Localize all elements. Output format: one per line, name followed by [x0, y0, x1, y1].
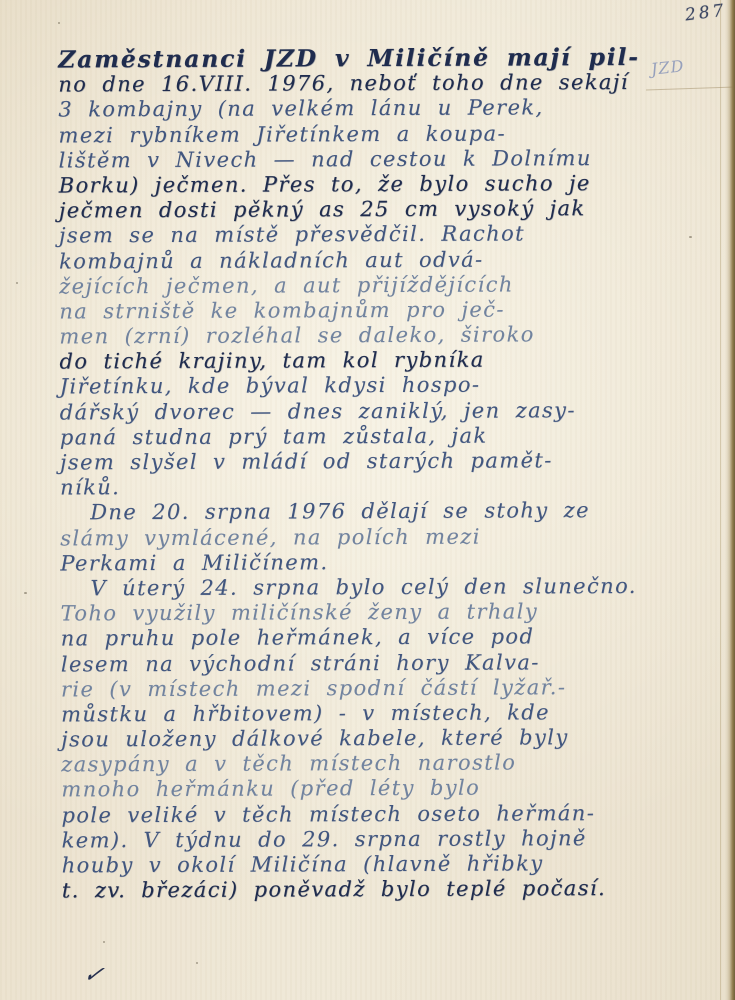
handwritten-line: Perkami a Miličínem. — [60, 548, 720, 576]
handwritten-line: jsem se na místě přesvědčil. Rachot — [59, 221, 719, 249]
handwritten-line: ječmen dosti pěkný as 25 cm vysoký jak — [59, 196, 719, 224]
page-edge-crease — [720, 0, 721, 1000]
handwritten-line: Toho využily miličínské ženy a trhaly — [61, 599, 721, 627]
handwritten-line: mezi rybníkem Jiřetínkem a koupa- — [58, 120, 718, 148]
handwritten-line: rie (v místech mezi spodní částí lyžař.- — [61, 674, 721, 702]
paper-speck — [58, 22, 60, 24]
handwritten-line: slámy vymlácené, na polích mezi — [60, 523, 720, 551]
handwritten-line: Dne 20. srpna 1976 dělají se stohy ze — [60, 498, 720, 526]
paper-speck — [16, 282, 18, 284]
paper-speck — [689, 236, 692, 238]
page-edge-shadow — [726, 0, 735, 1000]
paper-speck — [103, 941, 105, 943]
handwritten-line: no dne 16.VIII. 1976, neboť toho dne sek… — [58, 70, 718, 98]
handwritten-line: zasypány a v těch místech narostlo — [61, 750, 721, 778]
check-mark: ✓ — [81, 962, 107, 989]
handwritten-line: jsou uloženy dálkové kabele, které byly — [61, 725, 721, 753]
handwritten-line: mnoho heřmánku (před léty bylo — [61, 775, 721, 803]
handwritten-line: lištěm v Nivech — nad cestou k Dolnímu — [59, 145, 719, 173]
handwritten-line: do tiché krajiny, tam kol rybníka — [59, 347, 719, 375]
handwritten-line: Borku) ječmen. Přes to, že bylo sucho je — [59, 171, 719, 199]
handwritten-line: 3 kombajny (na velkém lánu u Perek, — [58, 95, 718, 123]
handwritten-line: můstku a hřbitovem) - v místech, kde — [61, 699, 721, 727]
paper-speck — [24, 592, 27, 594]
handwritten-line: t. zv. březáci) poněvadž bylo teplé poča… — [62, 876, 722, 904]
handwritten-line: na strniště ke kombajnům pro ječ- — [59, 296, 719, 324]
handwritten-line: V úterý 24. srpna bylo celý den slunečno… — [60, 573, 720, 601]
handwritten-line: kem). V týdnu do 29. srpna rostly hojně — [62, 825, 722, 853]
chronicle-page-scan: 287 JZD Zaměstnanci JZD v Miličíně mají … — [0, 0, 735, 1000]
handwritten-line: jsem slyšel v mládí od starých pamět- — [60, 448, 720, 476]
handwritten-line: kombajnů a nákladních aut odvá- — [59, 246, 719, 274]
handwritten-line: na pruhu pole heřmánek, a více pod — [61, 624, 721, 652]
handwritten-line: houby v okolí Miličína (hlavně hřibky — [62, 851, 722, 879]
handwritten-line: paná studna prý tam zůstala, jak — [60, 422, 720, 450]
handwritten-line: Jiřetínku, kde býval kdysi hospo- — [60, 372, 720, 400]
handwritten-line: Zaměstnanci JZD v Miličíně mají pil- — [58, 45, 718, 73]
handwritten-line: men (zrní) rozléhal se daleko, široko — [59, 322, 719, 350]
handwritten-text-body: Zaměstnanci JZD v Miličíně mají pil-no d… — [58, 45, 722, 904]
handwritten-line: níků. — [60, 473, 720, 501]
handwritten-line: pole veliké v těch místech oseto heřmán- — [61, 800, 721, 828]
handwritten-line: žejících ječmen, a aut přijíždějících — [59, 271, 719, 299]
handwritten-line: dářský dvorec — dnes zaniklý, jen zasy- — [60, 397, 720, 425]
paper-speck — [196, 962, 198, 964]
handwritten-line: lesem na východní stráni hory Kalva- — [61, 649, 721, 677]
